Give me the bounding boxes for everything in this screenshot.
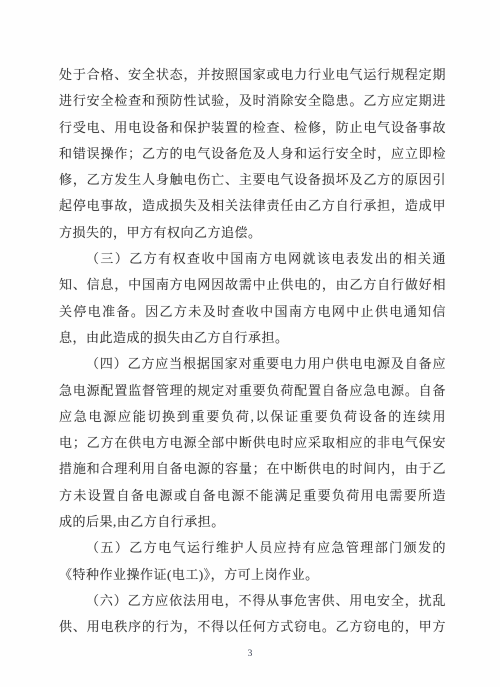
text-line: 应急电源应能切换到重要负荷,以保证重要负荷设备的连续用	[59, 404, 446, 430]
text-line: （六）乙方应依法用电，不得从事危害供、用电安全，扰乱	[59, 588, 446, 614]
text-line: 知、信息，中国南方电网因故需中止供电的，由乙方自行做好相	[59, 272, 446, 298]
text-line: 起停电事故，造成损失及相关法律责任由乙方自行承担，造成甲	[59, 193, 446, 219]
document-text-block: 处于合格、安全状态，并按照国家或电力行业电气运行规程定期 进行安全检查和预防性试…	[59, 62, 446, 641]
text-line: 供、用电秩序的行为，不得以任何方式窃电。乙方窃电的，甲方	[59, 614, 446, 640]
text-line: 和错误操作；乙方的电气设备危及人身和运行安全时，应立即检	[59, 141, 446, 167]
text-line: 方损失的，甲方有权向乙方追偿。	[59, 220, 446, 246]
text-line: 关停电准备。因乙方未及时查收中国南方电网中止供电通知信	[59, 299, 446, 325]
text-line: 方未设置自备电源或自备电源不能满足重要负荷用电需要所造	[59, 483, 446, 509]
text-line: （五）乙方电气运行维护人员应持有应急管理部门颁发的	[59, 535, 446, 561]
page-number: 3	[0, 649, 500, 659]
text-line: （四）乙方应当根据国家对重要电力用户供电电源及自备应	[59, 351, 446, 377]
document-page: 处于合格、安全状态，并按照国家或电力行业电气运行规程定期 进行安全检查和预防性试…	[0, 0, 500, 687]
text-line: 行受电、用电设备和保护装置的检查、检修，防止电气设备事故	[59, 115, 446, 141]
text-line: 修，乙方发生人身触电伤亡、主要电气设备损坏及乙方的原因引	[59, 167, 446, 193]
text-line: 处于合格、安全状态，并按照国家或电力行业电气运行规程定期	[59, 62, 446, 88]
text-line: 进行安全检查和预防性试验，及时消除安全隐患。乙方应定期进	[59, 88, 446, 114]
text-line: 急电源配置监督管理的规定对重要负荷配置自备应急电源。自备	[59, 378, 446, 404]
text-line: 息，由此造成的损失由乙方自行承担。	[59, 325, 446, 351]
text-line: 成的后果,由乙方自行承担。	[59, 509, 446, 535]
text-line: 《特种作业操作证(电工)》，方可上岗作业。	[59, 562, 446, 588]
text-line: 电；乙方在供电方电源全部中断供电时应采取相应的非电气保安	[59, 430, 446, 456]
text-line: 措施和合理利用自备电源的容量；在中断供电的时间内，由于乙	[59, 456, 446, 482]
text-line: （三）乙方有权查收中国南方电网就该电表发出的相关通	[59, 246, 446, 272]
